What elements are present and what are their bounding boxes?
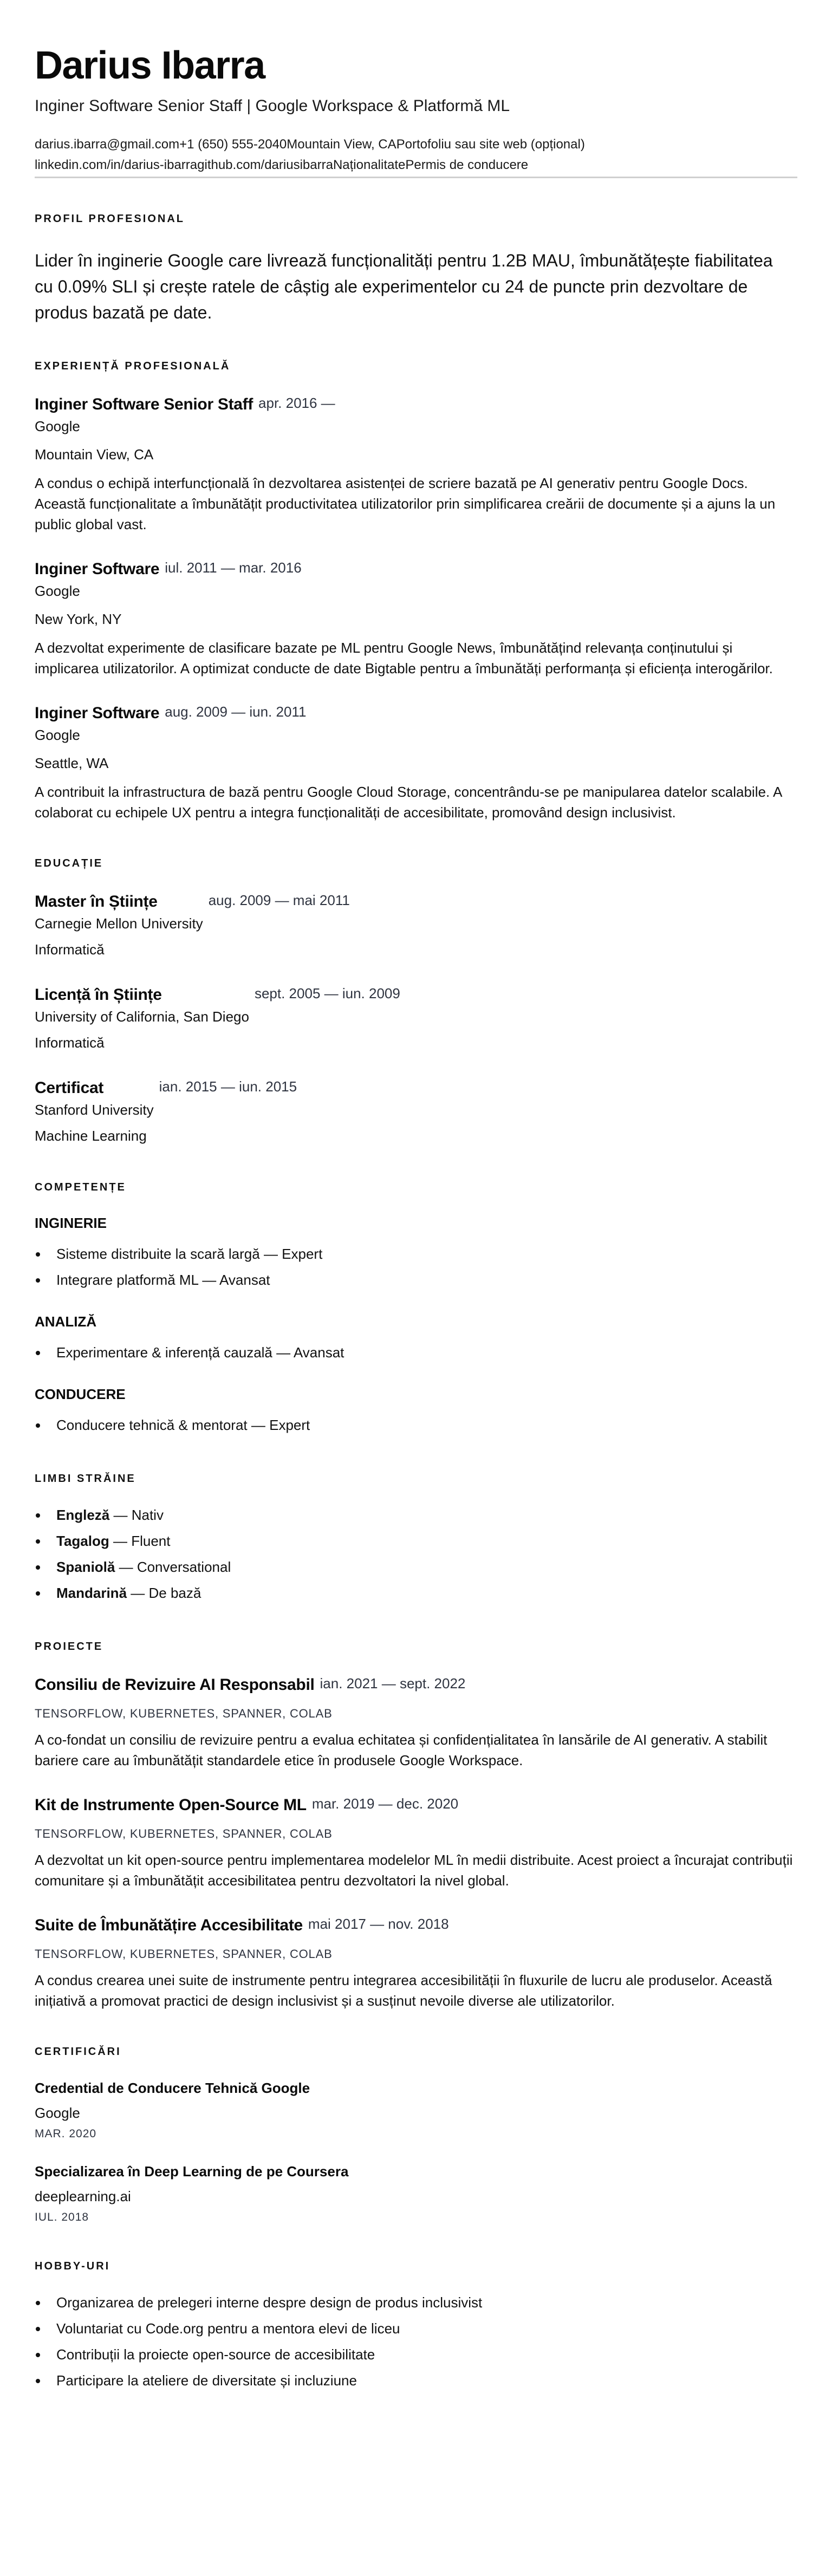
education-entry: Certificat Stanford University Machine L… <box>35 1077 797 1147</box>
hobby-item: Voluntariat cu Code.org pentru a mentora… <box>35 2315 797 2341</box>
project-entry: Suite de Îmbunătățire Accesibilitate mai… <box>35 1915 797 2011</box>
contact-phone[interactable]: +1 (650) 555-2040 <box>179 134 287 155</box>
section-languages: LIMBI STRĂINE Engleză — Nativ Tagalog — … <box>35 1472 797 1606</box>
section-title-skills: COMPETENȚE <box>35 1180 797 1194</box>
contact-email[interactable]: darius.ibarra@gmail.com <box>35 134 179 155</box>
education-institution: Stanford University <box>35 1099 154 1121</box>
candidate-name: Darius Ibarra <box>35 43 797 88</box>
language-level: Conversational <box>137 1559 231 1575</box>
certification-entry: Specializarea în Deep Learning de pe Cou… <box>35 2162 797 2226</box>
resume-page: Darius Ibarra Inginer Software Senior St… <box>0 0 832 2426</box>
certification-date: IUL. 2018 <box>35 2209 797 2226</box>
section-title-certifications: CERTIFICĂRI <box>35 2045 797 2059</box>
project-description: A dezvoltat un kit open-source pentru im… <box>35 1850 798 1891</box>
experience-location: New York, NY <box>35 608 797 630</box>
project-entry: Consiliu de Revizuire AI Responsabil ian… <box>35 1674 797 1771</box>
education-degree: Licență în Științe <box>35 984 249 1006</box>
language-name: Engleză <box>56 1507 109 1523</box>
skill-category: ANALIZĂ Experimentare & inferență cauzal… <box>35 1312 797 1365</box>
language-level: Nativ <box>132 1507 164 1523</box>
education-field: Informatică <box>35 939 203 960</box>
education-dates: sept. 2005 — iun. 2009 <box>255 984 400 1003</box>
certification-name: Credential de Conducere Tehnică Google <box>35 2078 797 2098</box>
section-title-projects: PROIECTE <box>35 1640 797 1654</box>
contact-github[interactable]: github.com/dariusibarra <box>197 155 333 175</box>
skill-item: Integrare platformă ML — Avansat <box>35 1267 797 1293</box>
experience-description: A dezvoltat experimente de clasificare b… <box>35 638 798 679</box>
education-degree: Master în Științe <box>35 891 203 913</box>
section-experience: EXPERIENȚĂ PROFESIONALĂ Inginer Software… <box>35 359 797 823</box>
language-item: Engleză — Nativ <box>35 1502 797 1528</box>
education-degree: Certificat <box>35 1077 154 1099</box>
experience-description: A contribuit la infrastructura de bază p… <box>35 782 798 823</box>
education-field: Machine Learning <box>35 1125 154 1147</box>
certification-entry: Credential de Conducere Tehnică Google G… <box>35 2078 797 2142</box>
experience-role: Inginer Software <box>35 558 159 580</box>
hobby-item: Organizarea de prelegeri interne despre … <box>35 2289 797 2315</box>
section-certifications: CERTIFICĂRI Credential de Conducere Tehn… <box>35 2045 797 2226</box>
language-name: Spaniolă <box>56 1559 115 1575</box>
skill-category-title: ANALIZĂ <box>35 1312 797 1331</box>
hobby-item: Participare la ateliere de diversitate ș… <box>35 2367 797 2393</box>
experience-company: Google <box>35 415 253 437</box>
education-field: Informatică <box>35 1032 249 1053</box>
experience-dates: iul. 2011 — mar. 2016 <box>165 558 301 577</box>
experience-role: Inginer Software Senior Staff <box>35 394 253 415</box>
section-hobbies: HOBBY-URI Organizarea de prelegeri inter… <box>35 2259 797 2393</box>
language-level: De bază <box>148 1585 201 1601</box>
project-tech: TENSORFLOW, KUBERNETES, SPANNER, COLAB <box>35 1706 797 1722</box>
education-entry: Master în Științe Carnegie Mellon Univer… <box>35 891 797 960</box>
project-tech: TENSORFLOW, KUBERNETES, SPANNER, COLAB <box>35 1946 797 1962</box>
contact-row-primary: darius.ibarra@gmail.com +1 (650) 555-204… <box>35 134 797 155</box>
section-education: EDUCAȚIE Master în Științe Carnegie Mell… <box>35 856 797 1147</box>
skill-category-title: CONDUCERE <box>35 1385 797 1403</box>
experience-entry: Inginer Software Senior Staff Google apr… <box>35 394 797 535</box>
project-name: Kit de Instrumente Open-Source ML <box>35 1794 307 1816</box>
section-title-education: EDUCAȚIE <box>35 856 797 870</box>
certification-name: Specializarea în Deep Learning de pe Cou… <box>35 2162 797 2181</box>
project-description: A condus crearea unei suite de instrumen… <box>35 1970 798 2011</box>
language-item: Mandarină — De bază <box>35 1580 797 1606</box>
language-level: Fluent <box>131 1533 170 1549</box>
hobby-list: Organizarea de prelegeri interne despre … <box>35 2289 797 2393</box>
project-entry: Kit de Instrumente Open-Source ML mar. 2… <box>35 1794 797 1891</box>
contact-nationality: Naționalitate <box>333 155 405 175</box>
language-list: Engleză — Nativ Tagalog — Fluent Spaniol… <box>35 1502 797 1606</box>
experience-dates: apr. 2016 — <box>258 394 335 412</box>
skill-list: Sisteme distribuite la scară largă — Exp… <box>35 1241 797 1293</box>
project-dates: ian. 2021 — sept. 2022 <box>320 1674 466 1693</box>
hobby-item: Contribuții la proiecte open-source de a… <box>35 2341 797 2367</box>
experience-location: Mountain View, CA <box>35 444 797 465</box>
profile-summary: Lider în inginerie Google care livrează … <box>35 248 793 326</box>
education-institution: University of California, San Diego <box>35 1006 249 1027</box>
skill-item: Conducere tehnică & mentorat — Expert <box>35 1412 797 1438</box>
skill-category: CONDUCERE Conducere tehnică & mentorat —… <box>35 1385 797 1438</box>
contact-website[interactable]: Portofoliu sau site web (opțional) <box>396 134 585 155</box>
section-skills: COMPETENȚE INGINERIE Sisteme distribuite… <box>35 1180 797 1438</box>
candidate-headline: Inginer Software Senior Staff | Google W… <box>35 95 797 117</box>
section-title-hobbies: HOBBY-URI <box>35 2259 797 2273</box>
experience-company: Google <box>35 580 159 602</box>
skill-item: Experimentare & inferență cauzală — Avan… <box>35 1339 797 1365</box>
section-title-languages: LIMBI STRĂINE <box>35 1472 797 1486</box>
education-dates: ian. 2015 — iun. 2015 <box>159 1077 297 1096</box>
education-institution: Carnegie Mellon University <box>35 913 203 934</box>
experience-entry: Inginer Software Google aug. 2009 — iun.… <box>35 702 797 823</box>
contact-driving-license: Permis de conducere <box>405 155 528 175</box>
skill-list: Experimentare & inferență cauzală — Avan… <box>35 1339 797 1365</box>
skill-list: Conducere tehnică & mentorat — Expert <box>35 1412 797 1438</box>
resume-header: Darius Ibarra Inginer Software Senior St… <box>35 43 797 178</box>
section-projects: PROIECTE Consiliu de Revizuire AI Respon… <box>35 1640 797 2011</box>
experience-company: Google <box>35 724 159 746</box>
skill-item: Sisteme distribuite la scară largă — Exp… <box>35 1241 797 1267</box>
language-name: Tagalog <box>56 1533 109 1549</box>
certification-issuer: deeplearning.ai <box>35 2185 797 2207</box>
skill-category: INGINERIE Sisteme distribuite la scară l… <box>35 1214 797 1293</box>
skill-category-title: INGINERIE <box>35 1214 797 1232</box>
section-title-profile: PROFIL PROFESIONAL <box>35 212 797 226</box>
project-name: Consiliu de Revizuire AI Responsabil <box>35 1674 315 1696</box>
experience-location: Seattle, WA <box>35 752 797 774</box>
header-divider <box>35 177 797 178</box>
section-title-experience: EXPERIENȚĂ PROFESIONALĂ <box>35 359 797 373</box>
experience-entry: Inginer Software Google iul. 2011 — mar.… <box>35 558 797 679</box>
contact-location: Mountain View, CA <box>287 134 396 155</box>
experience-description: A condus o echipă interfuncțională în de… <box>35 473 798 535</box>
contact-linkedin[interactable]: linkedin.com/in/darius-ibarra <box>35 155 197 175</box>
section-profile: PROFIL PROFESIONAL Lider în inginerie Go… <box>35 212 797 326</box>
language-name: Mandarină <box>56 1585 127 1601</box>
project-tech: TENSORFLOW, KUBERNETES, SPANNER, COLAB <box>35 1826 797 1842</box>
experience-role: Inginer Software <box>35 702 159 724</box>
contact-row-secondary: linkedin.com/in/darius-ibarra github.com… <box>35 155 797 175</box>
certification-issuer: Google <box>35 2102 797 2124</box>
project-description: A co-fondat un consiliu de revizuire pen… <box>35 1729 798 1771</box>
experience-dates: aug. 2009 — iun. 2011 <box>165 702 306 721</box>
certification-date: MAR. 2020 <box>35 2126 797 2142</box>
project-dates: mar. 2019 — dec. 2020 <box>312 1794 458 1813</box>
language-item: Tagalog — Fluent <box>35 1528 797 1554</box>
project-dates: mai 2017 — nov. 2018 <box>308 1915 449 1933</box>
education-entry: Licență în Științe University of Califor… <box>35 984 797 1053</box>
language-item: Spaniolă — Conversational <box>35 1554 797 1580</box>
project-name: Suite de Îmbunătățire Accesibilitate <box>35 1915 303 1936</box>
education-dates: aug. 2009 — mai 2011 <box>209 891 350 909</box>
